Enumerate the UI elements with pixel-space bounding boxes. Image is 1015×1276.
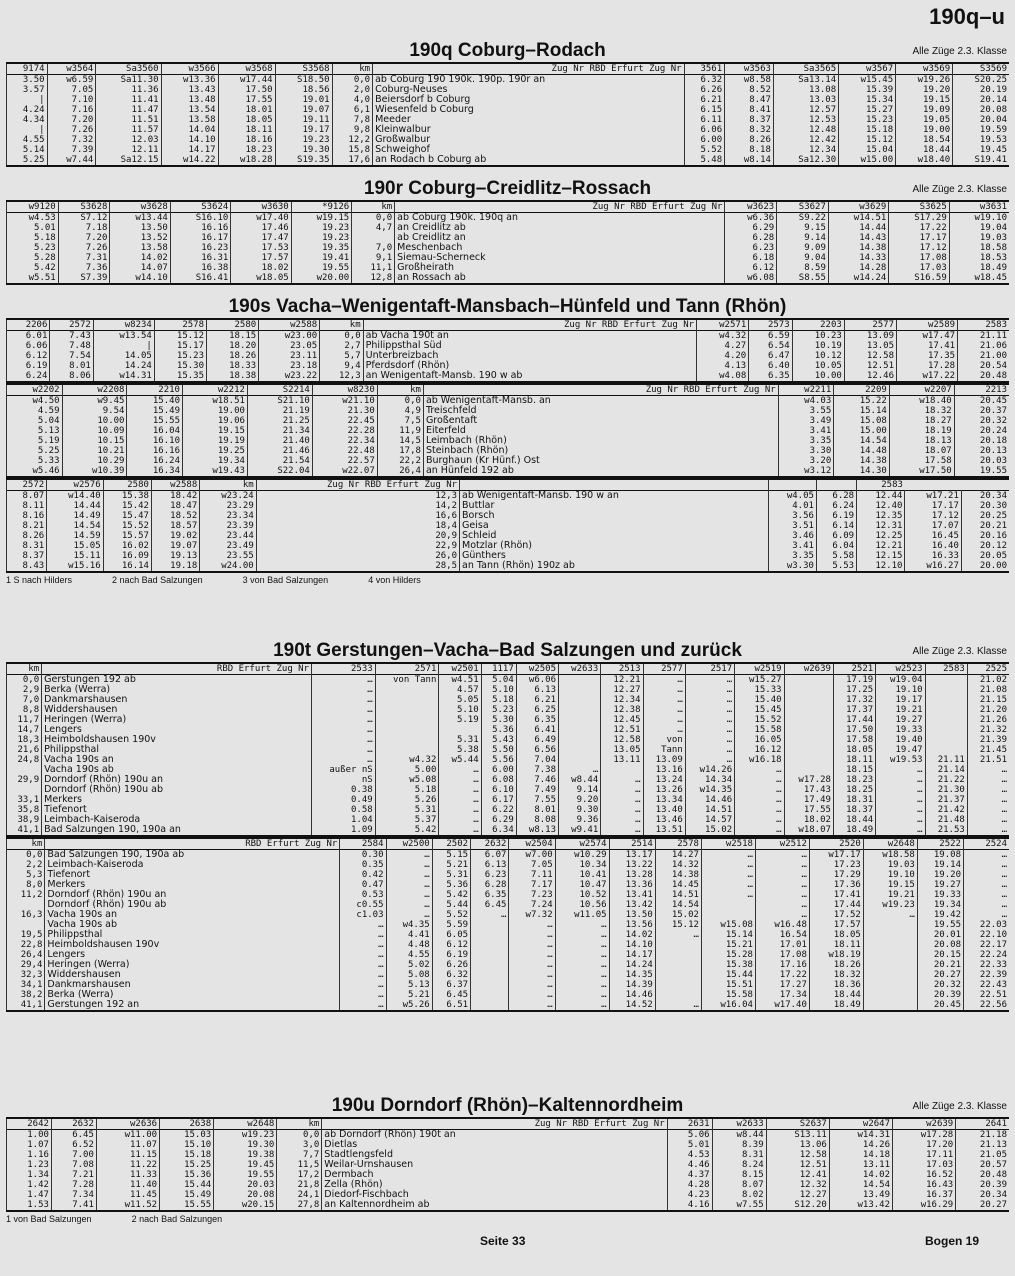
time-cell: w23.24: [200, 491, 256, 502]
time-cell: 17.55: [784, 805, 833, 815]
km-cell: 41,1: [7, 1000, 45, 1011]
time-cell: 17.08: [889, 253, 949, 263]
station-cell: an Tann (Rhön) 190z ab: [460, 561, 769, 572]
time-cell: w4.08: [697, 371, 749, 382]
time-cell: …: [755, 880, 809, 890]
time-cell: [471, 1000, 509, 1011]
time-cell: S7.39: [58, 273, 110, 284]
section-190s: 190s Vacha–Wenigentaft-Mansbach–Hünfeld …: [6, 296, 1009, 585]
time-cell: w5.46: [7, 466, 63, 477]
time-cell: 4.27: [697, 341, 749, 351]
table-row: 0,0Gerstungen 192 ab…von Tannw4.515.04w6…: [7, 675, 1010, 686]
train-number: 2583: [958, 319, 1009, 331]
station-cell: Buttlar: [460, 501, 769, 511]
section-title: 190r Coburg–Creidlitz–Rossach: [6, 178, 1009, 200]
time-cell: außer nS: [312, 765, 376, 775]
time-cell: …: [643, 725, 685, 735]
time-cell: 19.45: [953, 145, 1009, 155]
time-cell: 8.37: [7, 551, 47, 561]
time-cell: 7.28: [51, 1180, 96, 1190]
time-cell: …: [509, 1000, 555, 1011]
time-cell: 8.52: [725, 85, 774, 95]
time-cell: …: [685, 715, 734, 725]
table-row: 41,1Bad Salzungen 190, 190a an1.095.42…6…: [7, 825, 1010, 836]
table-row: 38,2Berka (Werra)…5.216.45……14.4615.5817…: [7, 990, 1010, 1000]
time-cell: [655, 940, 701, 950]
time-cell: …: [386, 890, 432, 900]
time-cell: w13.54: [93, 331, 154, 342]
time-cell: 8.31: [7, 541, 47, 551]
station-cell: Großentaft: [423, 416, 778, 426]
time-cell: 1.04: [312, 815, 376, 825]
time-cell: …: [601, 795, 643, 805]
time-cell: 18.54: [896, 135, 953, 145]
time-cell: w5.26: [386, 1000, 432, 1011]
train-number: S3624: [170, 201, 230, 213]
time-cell: S7.12: [58, 213, 110, 224]
time-cell: 12.25: [857, 531, 905, 541]
table-row: 2,9Berka (Werra)…4.575.106.1312.27……15.3…: [7, 685, 1010, 695]
time-cell: w16.48: [755, 920, 809, 930]
time-cell: 20.01: [917, 930, 963, 940]
time-cell: …: [963, 910, 1009, 920]
time-cell: 5.31: [432, 870, 470, 880]
time-cell: 19.15: [182, 426, 247, 436]
time-cell: [863, 920, 917, 930]
time-cell: w19.10: [949, 213, 1009, 224]
time-cell: …: [386, 910, 432, 920]
time-cell: 6.06: [684, 125, 725, 135]
train-number: S3625: [889, 201, 949, 213]
time-cell: 15.51: [701, 980, 755, 990]
time-cell: 18.38: [207, 371, 259, 382]
time-cell: 19.15: [863, 880, 917, 890]
time-cell: 4.01: [768, 501, 816, 511]
timetable: 26422632w26362638w2648kmZug Nr RBD Erfur…: [6, 1117, 1009, 1212]
time-cell: 6.21: [684, 95, 725, 105]
station-cell: an Rodach b Coburg ab: [373, 155, 685, 166]
timetable-page: 190q–u 190q Coburg–RodachAlle Züge 2.3. …: [0, 0, 1015, 1276]
timetable: 9174w3564Sa3560w3566w3568S3568kmZug Nr R…: [6, 62, 1009, 167]
train-number: 2572: [7, 479, 47, 491]
time-cell: 18.11: [218, 125, 275, 135]
time-cell: 17.34: [755, 990, 809, 1000]
time-cell: 6.07: [471, 850, 509, 861]
time-cell: …: [967, 795, 1009, 805]
time-cell: 14.02: [110, 253, 170, 263]
time-cell: [863, 990, 917, 1000]
time-cell: 14.54: [834, 436, 890, 446]
time-cell: w16.27: [905, 561, 961, 572]
time-cell: …: [439, 805, 481, 815]
time-cell: 19.38: [214, 1150, 277, 1160]
time-cell: 13.41: [609, 890, 655, 900]
train-number: w8230: [312, 384, 377, 396]
time-cell: [863, 1000, 917, 1011]
time-cell: w4.50: [7, 396, 63, 407]
time-cell: 21.37: [925, 795, 967, 805]
km-cell: [352, 233, 395, 243]
time-cell: …: [509, 950, 555, 960]
km-cell: 9,8: [332, 125, 373, 135]
time-cell: 0.47: [340, 880, 386, 890]
time-cell: 20.12: [961, 541, 1009, 551]
time-cell: …: [555, 1000, 609, 1011]
section-title: 190t Gerstungen–Vacha–Bad Salzungen und …: [6, 640, 1009, 662]
time-cell: 17.08: [755, 950, 809, 960]
time-cell: [784, 745, 833, 755]
time-cell: 6.21: [516, 695, 558, 705]
time-cell: 7.34: [51, 1190, 96, 1200]
time-cell: …: [601, 815, 643, 825]
time-cell: 16.05: [735, 735, 784, 745]
time-cell: 19.27: [876, 715, 925, 725]
train-number: w2504: [509, 838, 555, 850]
train-number: S3628: [58, 201, 110, 213]
time-cell: …: [312, 745, 376, 755]
time-cell: 17.25: [833, 685, 875, 695]
time-cell: w16.04: [701, 1000, 755, 1011]
time-cell: 13.50: [110, 223, 170, 233]
time-cell: w8.14: [725, 155, 774, 166]
km-header: km: [7, 663, 42, 675]
train-number: [816, 479, 856, 491]
time-cell: S19.41: [953, 155, 1009, 166]
train-number: w2648: [214, 1118, 277, 1130]
time-cell: …: [439, 795, 481, 805]
time-cell: [701, 910, 755, 920]
time-cell: 14.45: [655, 880, 701, 890]
time-cell: w3.30: [768, 561, 816, 572]
time-cell: 6.45: [471, 900, 509, 910]
time-cell: …: [312, 685, 376, 695]
time-cell: 21.39: [967, 735, 1009, 745]
time-cell: w22.07: [312, 466, 377, 477]
time-cell: 1.23: [7, 1160, 52, 1170]
time-cell: 17.50: [833, 725, 875, 735]
time-cell: 19.40: [876, 735, 925, 745]
time-cell: 16.43: [893, 1180, 956, 1190]
footnote: 2 nach Bad Salzungen: [112, 575, 203, 585]
time-cell: 5.08: [386, 970, 432, 980]
time-cell: 11.47: [96, 105, 161, 115]
time-cell: 5.31: [375, 805, 439, 815]
time-cell: 11.22: [96, 1160, 159, 1170]
km-cell: 22,2: [377, 456, 423, 466]
time-cell: 18.26: [809, 960, 863, 970]
km-cell: 32,3: [7, 970, 45, 980]
table-row: 18,3Heimboldshausen 190v…5.315.436.4912.…: [7, 735, 1010, 745]
time-cell: 17.53: [231, 243, 291, 253]
train-number: 2638: [160, 1118, 214, 1130]
time-cell: 15.17: [154, 341, 206, 351]
time-cell: 0.58: [312, 805, 376, 815]
time-cell: [925, 745, 967, 755]
km-cell: 16,3: [7, 910, 45, 920]
time-cell: 5.21: [386, 990, 432, 1000]
time-cell: 19.01: [275, 95, 332, 105]
time-cell: 16.09: [103, 551, 151, 561]
time-cell: …: [643, 715, 685, 725]
time-cell: 6.35: [749, 371, 792, 382]
time-cell: 9.15: [777, 223, 829, 233]
time-cell: w11.00: [96, 1130, 159, 1141]
train-number: S2214: [247, 384, 312, 396]
time-cell: …: [312, 725, 376, 735]
time-cell: 9.36: [559, 815, 601, 825]
time-cell: 3.35: [778, 436, 834, 446]
time-cell: 3.35: [768, 551, 816, 561]
time-cell: 7.04: [516, 755, 558, 765]
time-cell: 8.01: [50, 361, 93, 371]
time-cell: 15.27: [839, 105, 896, 115]
time-cell: 16.04: [127, 426, 183, 436]
table-row: 5.0410.0015.5519.0621.2522.457,5Großenta…: [7, 416, 1010, 426]
train-number: 2513: [601, 663, 643, 675]
time-cell: 14.39: [609, 980, 655, 990]
time-cell: 9.04: [777, 253, 829, 263]
time-cell: 18.53: [949, 253, 1009, 263]
time-cell: 15.12: [154, 331, 206, 342]
train-number: w2588: [151, 479, 199, 491]
train-number: w2588: [259, 319, 320, 331]
time-cell: 18.42: [151, 491, 199, 502]
table-row: |7.1011.4113.4817.5519.014,0Beiersdorf b…: [7, 95, 1010, 105]
time-cell: w18.40: [889, 396, 954, 407]
train-number: 2632: [51, 1118, 96, 1130]
time-cell: 20.00: [961, 561, 1009, 572]
time-cell: [375, 745, 439, 755]
time-cell: [559, 685, 601, 695]
time-cell: 19.07: [151, 541, 199, 551]
time-cell: 13.58: [110, 243, 170, 253]
time-cell: 14.44: [47, 501, 103, 511]
time-cell: 17.44: [809, 900, 863, 910]
km-cell: 26,4: [7, 950, 45, 960]
time-cell: w4.51: [439, 675, 481, 686]
time-cell: 9.14: [777, 233, 829, 243]
time-cell: 1.47: [7, 1190, 52, 1200]
time-cell: 3.56: [768, 511, 816, 521]
time-cell: 12.27: [766, 1190, 829, 1200]
time-cell: 13.03: [773, 95, 838, 105]
km-cell: 7,0: [7, 695, 42, 705]
km-cell: 0,0: [352, 213, 395, 224]
time-cell: 6.08: [481, 775, 516, 785]
time-cell: 20.54: [958, 361, 1009, 371]
time-cell: 6.12: [7, 351, 50, 361]
time-cell: …: [439, 765, 481, 775]
time-cell: 6.41: [516, 725, 558, 735]
time-cell: 15.02: [685, 825, 734, 836]
time-cell: 5.06: [667, 1130, 712, 1141]
time-cell: 12.34: [601, 695, 643, 705]
train-number: S3568: [275, 63, 332, 75]
km-cell: 8,0: [7, 880, 45, 890]
time-cell: w4.32: [697, 331, 749, 342]
time-cell: 5.18: [375, 785, 439, 795]
time-cell: 15.23: [839, 115, 896, 125]
time-cell: 12.48: [773, 125, 838, 135]
time-cell: 17.47: [231, 233, 291, 243]
time-cell: 19.18: [151, 561, 199, 572]
km-cell: 11,7: [7, 715, 42, 725]
train-number: w3630: [231, 201, 291, 213]
km-cell: 7,8: [332, 115, 373, 125]
time-cell: 17.17: [889, 233, 949, 243]
time-cell: 13.24: [643, 775, 685, 785]
time-cell: 5.10: [481, 685, 516, 695]
time-cell: 20.16: [961, 531, 1009, 541]
time-cell: …: [555, 970, 609, 980]
train-number: 2578: [154, 319, 206, 331]
time-cell: [375, 735, 439, 745]
time-cell: Sa13.14: [773, 75, 838, 86]
time-cell: 10.23: [792, 331, 844, 342]
time-cell: 23.49: [200, 541, 256, 551]
section-190r: 190r Coburg–Creidlitz–RossachAlle Züge 2…: [6, 178, 1009, 285]
time-cell: S21.10: [247, 396, 312, 407]
time-cell: 6.34: [481, 825, 516, 836]
km-cell: 27,8: [277, 1200, 322, 1211]
train-number: [460, 479, 769, 491]
footnote: 1 von Bad Salzungen: [6, 1214, 92, 1224]
time-cell: 18.23: [218, 145, 275, 155]
time-cell: 6.23: [471, 870, 509, 880]
time-cell: 16.16: [170, 223, 230, 233]
time-cell: 14.05: [93, 351, 154, 361]
time-cell: …: [509, 930, 555, 940]
time-cell: 16.16: [127, 446, 183, 456]
time-cell: 18.26: [207, 351, 259, 361]
train-number: 2642: [7, 1118, 52, 1130]
time-cell: 13.22: [609, 860, 655, 870]
time-cell: …: [735, 825, 784, 836]
time-cell: 7.05: [47, 85, 96, 95]
time-cell: 13.46: [643, 815, 685, 825]
timetable: 2572w25762580w2588kmZug Nr RBD Erfurt Zu…: [6, 478, 1009, 573]
time-cell: 6.04: [816, 541, 856, 551]
time-cell: 1.07: [7, 1140, 52, 1150]
km-cell: 24,1: [277, 1190, 322, 1200]
station-cell: Tiefenort: [45, 870, 340, 880]
time-cell: 7.26: [58, 243, 110, 253]
km-cell: 4,7: [352, 223, 395, 233]
time-cell: S19.35: [275, 155, 332, 166]
time-cell: w20.00: [291, 273, 351, 284]
time-cell: 21.32: [967, 725, 1009, 735]
time-cell: 21.22: [925, 775, 967, 785]
km-cell: [7, 765, 42, 775]
time-cell: w18.58: [863, 850, 917, 861]
time-cell: …: [509, 970, 555, 980]
time-cell: 18.37: [833, 805, 875, 815]
time-cell: 22.03: [963, 920, 1009, 930]
time-cell: …: [601, 805, 643, 815]
time-cell: 6.59: [749, 331, 792, 342]
time-cell: 8.15: [712, 1170, 766, 1180]
time-cell: 12.38: [601, 705, 643, 715]
time-cell: …: [701, 890, 755, 900]
time-cell: w17.40: [231, 213, 291, 224]
train-number: 2210: [127, 384, 183, 396]
time-cell: 15.18: [160, 1150, 214, 1160]
train-number: 2583: [857, 479, 905, 491]
km-cell: 11,5: [277, 1160, 322, 1170]
time-cell: 6.23: [725, 243, 777, 253]
time-cell: 14.35: [609, 970, 655, 980]
time-cell: w14.22: [161, 155, 218, 166]
time-cell: |: [7, 95, 48, 105]
train-number: 2517: [685, 663, 734, 675]
time-cell: [471, 990, 509, 1000]
time-cell: 21.00: [958, 351, 1009, 361]
km-cell: 4,0: [332, 95, 373, 105]
time-cell: 19.19: [182, 436, 247, 446]
table-row: 11,7Heringen (Werra)…5.195.306.3512.45………: [7, 715, 1010, 725]
train-number: 2514: [609, 838, 655, 850]
km-cell: 2,0: [332, 85, 373, 95]
time-cell: 22.24: [963, 950, 1009, 960]
time-cell: …: [735, 785, 784, 795]
time-cell: 15.34: [839, 95, 896, 105]
time-cell: 17.12: [905, 511, 961, 521]
station-cell: Bad Salzungen 190, 190a an: [42, 825, 312, 836]
train-number: w2647: [829, 1118, 892, 1130]
time-cell: 3.30: [778, 446, 834, 456]
time-cell: 14.51: [685, 805, 734, 815]
time-cell: w18.05: [231, 273, 291, 284]
time-cell: 14.54: [47, 521, 103, 531]
time-cell: w20.15: [214, 1200, 277, 1211]
time-cell: 18.11: [833, 755, 875, 765]
time-cell: w17.28: [784, 775, 833, 785]
time-cell: …: [439, 785, 481, 795]
time-cell: 4.13: [697, 361, 749, 371]
time-cell: [471, 940, 509, 950]
time-cell: 21.54: [247, 456, 312, 466]
time-cell: Sa11.30: [96, 75, 161, 86]
time-cell: 14.52: [609, 1000, 655, 1011]
sheet-label: Bogen 19: [925, 1234, 979, 1248]
time-cell: [701, 900, 755, 910]
time-cell: nS: [312, 775, 376, 785]
time-cell: 19.27: [917, 880, 963, 890]
time-cell: 21.46: [247, 446, 312, 456]
time-cell: w4.32: [375, 755, 439, 765]
time-cell: 20.24: [954, 426, 1009, 436]
time-cell: 5.50: [481, 745, 516, 755]
time-cell: [559, 695, 601, 705]
time-cell: 10.52: [555, 890, 609, 900]
train-number: w2648: [863, 838, 917, 850]
time-cell: 20.32: [917, 980, 963, 990]
time-cell: 6.11: [684, 115, 725, 125]
time-cell: w19.43: [182, 466, 247, 477]
time-cell: 15.28: [701, 950, 755, 960]
train-number: 2213: [954, 384, 1009, 396]
station-cell: Heimboldshausen 190v: [45, 940, 340, 950]
time-cell: …: [755, 890, 809, 900]
time-cell: 18.31: [833, 795, 875, 805]
time-cell: 8.31: [712, 1150, 766, 1160]
time-cell: 8.43: [7, 561, 47, 572]
train-number: 2580: [207, 319, 259, 331]
time-cell: 13.49: [829, 1190, 892, 1200]
time-cell: 8.59: [777, 263, 829, 273]
time-cell: 20.45: [954, 396, 1009, 407]
time-cell: 23.11: [259, 351, 320, 361]
